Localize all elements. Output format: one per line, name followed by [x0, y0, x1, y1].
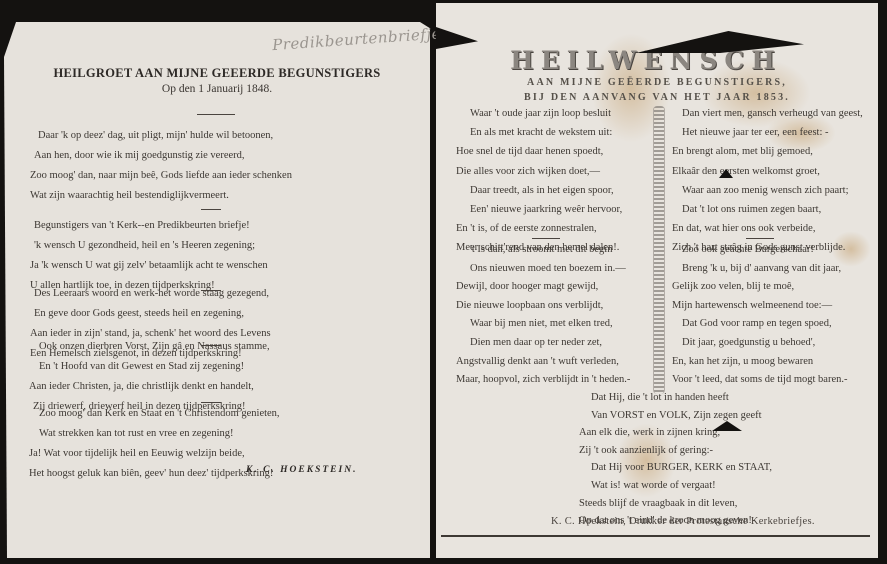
verse-line: Dat God voor ramp en tegen spoed,	[682, 315, 858, 334]
verse-line: Wat zijn waarachtig heil bestendiglijkve…	[30, 186, 292, 206]
printer-imprint: K. C. Hoekstein, Drukker der Protestansc…	[551, 516, 815, 527]
verse-line: Wat is! wat worde of vergaat!	[591, 477, 772, 495]
title-divider	[197, 114, 235, 115]
verse-line: Aan hen, door wie ik mij goedgunstig zie…	[34, 146, 296, 166]
verse-line: En geve door Gods geest, steeds heil en …	[34, 304, 275, 324]
verse-line: Waar 't oude jaar zijn loop besluit	[470, 104, 633, 123]
verse-line: 't Is dan, als stroomt met dit begin	[470, 241, 644, 260]
left-stanza-1: Daar 'k op deez' dag, uit pligt, mijn' h…	[34, 126, 296, 206]
right-col-left-stanza-2: 't Is dan, als stroomt met dit begin Ons…	[456, 241, 630, 390]
left-title: HEILGROET AAN MIJNE GEEERDE BEGUNSTIGERS	[4, 66, 430, 81]
verse-line: Breng 'k u, bij d' aanvang van dit jaar,	[682, 260, 858, 279]
verse-line: Dat Hij, die 't lot in handen heeft	[591, 389, 772, 407]
verse-line: En als met kracht de wekstem uit:	[470, 123, 633, 142]
verse-line: Ja! Wat voor tijdelijk heil en Eeuwig we…	[29, 444, 273, 464]
verse-line: En 't Hoofd van dit Gewest en Stad zij z…	[39, 357, 270, 377]
verse-line: Dan viert men, gansch verheugd van geest…	[682, 104, 863, 123]
verse-line: Hoe snel de tijd daar henen spoedt,	[456, 142, 619, 161]
left-date-line: Op den 1 Januarij 1848.	[4, 83, 430, 95]
right-title: HEILWENSCH	[496, 46, 796, 75]
verse-line: Elkaâr den eersten welkomst groet,	[672, 162, 853, 181]
right-subtitle-2: BIJ DEN AANVANG VAN HET JAAR 1853.	[496, 92, 818, 103]
stanza-divider	[532, 238, 560, 239]
right-col-right-stanza-2: Zoo ook geächte Burgerschaar! Breng 'k u…	[672, 241, 848, 390]
verse-line: Zij 't ook aanzienlijk of gering:-	[579, 442, 760, 460]
verse-line: Dat Hij voor BURGER, KERK en STAAT,	[591, 459, 772, 477]
stanza-divider	[201, 209, 221, 210]
verse-line: Mijn hartewensch welmeenend toe:—	[672, 297, 848, 316]
verse-line: En brengt alom, met blij gemoed,	[672, 142, 853, 161]
verse-line: En 't is, of de eerste zonnestralen,	[456, 219, 619, 238]
verse-line: Wat strekken kan tot rust en vree en zeg…	[39, 424, 283, 444]
verse-line: Daar 'k op deez' dag, uit pligt, mijn' h…	[38, 126, 300, 146]
handwritten-note: Predikbeurtenbriefjes	[272, 24, 450, 54]
ornamental-chain-divider	[653, 106, 665, 394]
verse-line: 'k wensch U gezondheid, heil en 's Heere…	[34, 236, 272, 256]
stanza-divider	[201, 402, 221, 403]
right-col-left-stanza-1: Waar 't oude jaar zijn loop besluit En a…	[456, 104, 619, 258]
verse-line: Begunstigers van 't Kerk--en Predikbeurt…	[34, 216, 272, 236]
right-col-right-stanza-1: Dan viert men, gansch verheugd van geest…	[672, 104, 853, 258]
verse-line: Voor 't leed, dat soms de tijd mogt bare…	[672, 371, 848, 390]
verse-line: Die alles voor zich wijken doet,—	[456, 162, 619, 181]
verse-line: Steeds blijf de vraagbaak in dit leven,	[579, 495, 760, 513]
stanza-divider	[746, 238, 774, 239]
verse-line: Die nieuwe loopbaan ons verblijdt,	[456, 297, 630, 316]
verse-line: Maar, hoopvol, zich verblijdt in 't hede…	[456, 371, 630, 390]
verse-line: Dat 't lot ons ruimen zegen baart,	[682, 200, 863, 219]
verse-line: Ja 'k wensch U wat gij zelv' betaamlijk …	[30, 256, 268, 276]
verse-line: Zoo ook geächte Burgerschaar!	[682, 241, 858, 260]
verse-line: Dewijl, door hooger magt gewijd,	[456, 278, 630, 297]
verse-line: Waar bij men niet, met elken tred,	[470, 315, 644, 334]
verse-line: Een' nieuwe jaarkring weêr hervoor,	[470, 200, 633, 219]
verse-line: Aan ieder Christen, ja, die christlijk d…	[29, 377, 260, 397]
verse-line: Daar treedt, als in het eigen spoor,	[470, 181, 633, 200]
verse-line: Waar aan zoo menig wensch zich paart;	[682, 181, 863, 200]
verse-line: Dien men daar op ter neder zet,	[470, 334, 644, 353]
verse-line: Ons nieuwen moed ten boezem in.—	[470, 260, 644, 279]
right-subtitle-1: AAN MIJNE GEËERDE BEGUNSTIGERS,	[496, 77, 818, 88]
verse-line: En, kan het zijn, u moog bewaren	[672, 353, 848, 372]
paper-tear	[436, 27, 478, 49]
verse-line: Van VORST en VOLK, Zijn zegen geeft	[591, 407, 772, 425]
footer-rule	[441, 535, 870, 537]
verse-line: Zoo moog' dan, naar mijn beê, Gods liefd…	[30, 166, 292, 186]
verse-line: Des Leeraars woord en werk-het worde sta…	[34, 284, 275, 304]
verse-line: Angstvallig denkt aan 't wuft verleden,	[456, 353, 630, 372]
verse-line: Ook onzen dierbren Vorst, Zijn gâ en Nas…	[39, 337, 270, 357]
closing-stanza: Dat Hij, die 't lot in handen heeft Van …	[579, 389, 760, 530]
left-document-sheet: Predikbeurtenbriefjes HEILGROET AAN MIJN…	[4, 22, 430, 558]
verse-line: Dit jaar, goedgunstig u behoed',	[682, 334, 858, 353]
verse-line: En dat, wat hier ons ook verbeide,	[672, 219, 853, 238]
verse-line: Het nieuwe jaar ter eer, een feest: -	[682, 123, 863, 142]
verse-line: Het hoogst geluk kan biên, geev' hun dee…	[29, 464, 273, 484]
left-signature: K. C. HOEKSTEIN.	[246, 465, 357, 475]
verse-line: Gelijk zoo velen, blij te moê,	[672, 278, 848, 297]
verse-line: Zoo moog' dan Kerk en Staat en 't Christ…	[39, 404, 283, 424]
right-document-sheet: HEILWENSCH AAN MIJNE GEËERDE BEGUNSTIGER…	[436, 3, 878, 558]
